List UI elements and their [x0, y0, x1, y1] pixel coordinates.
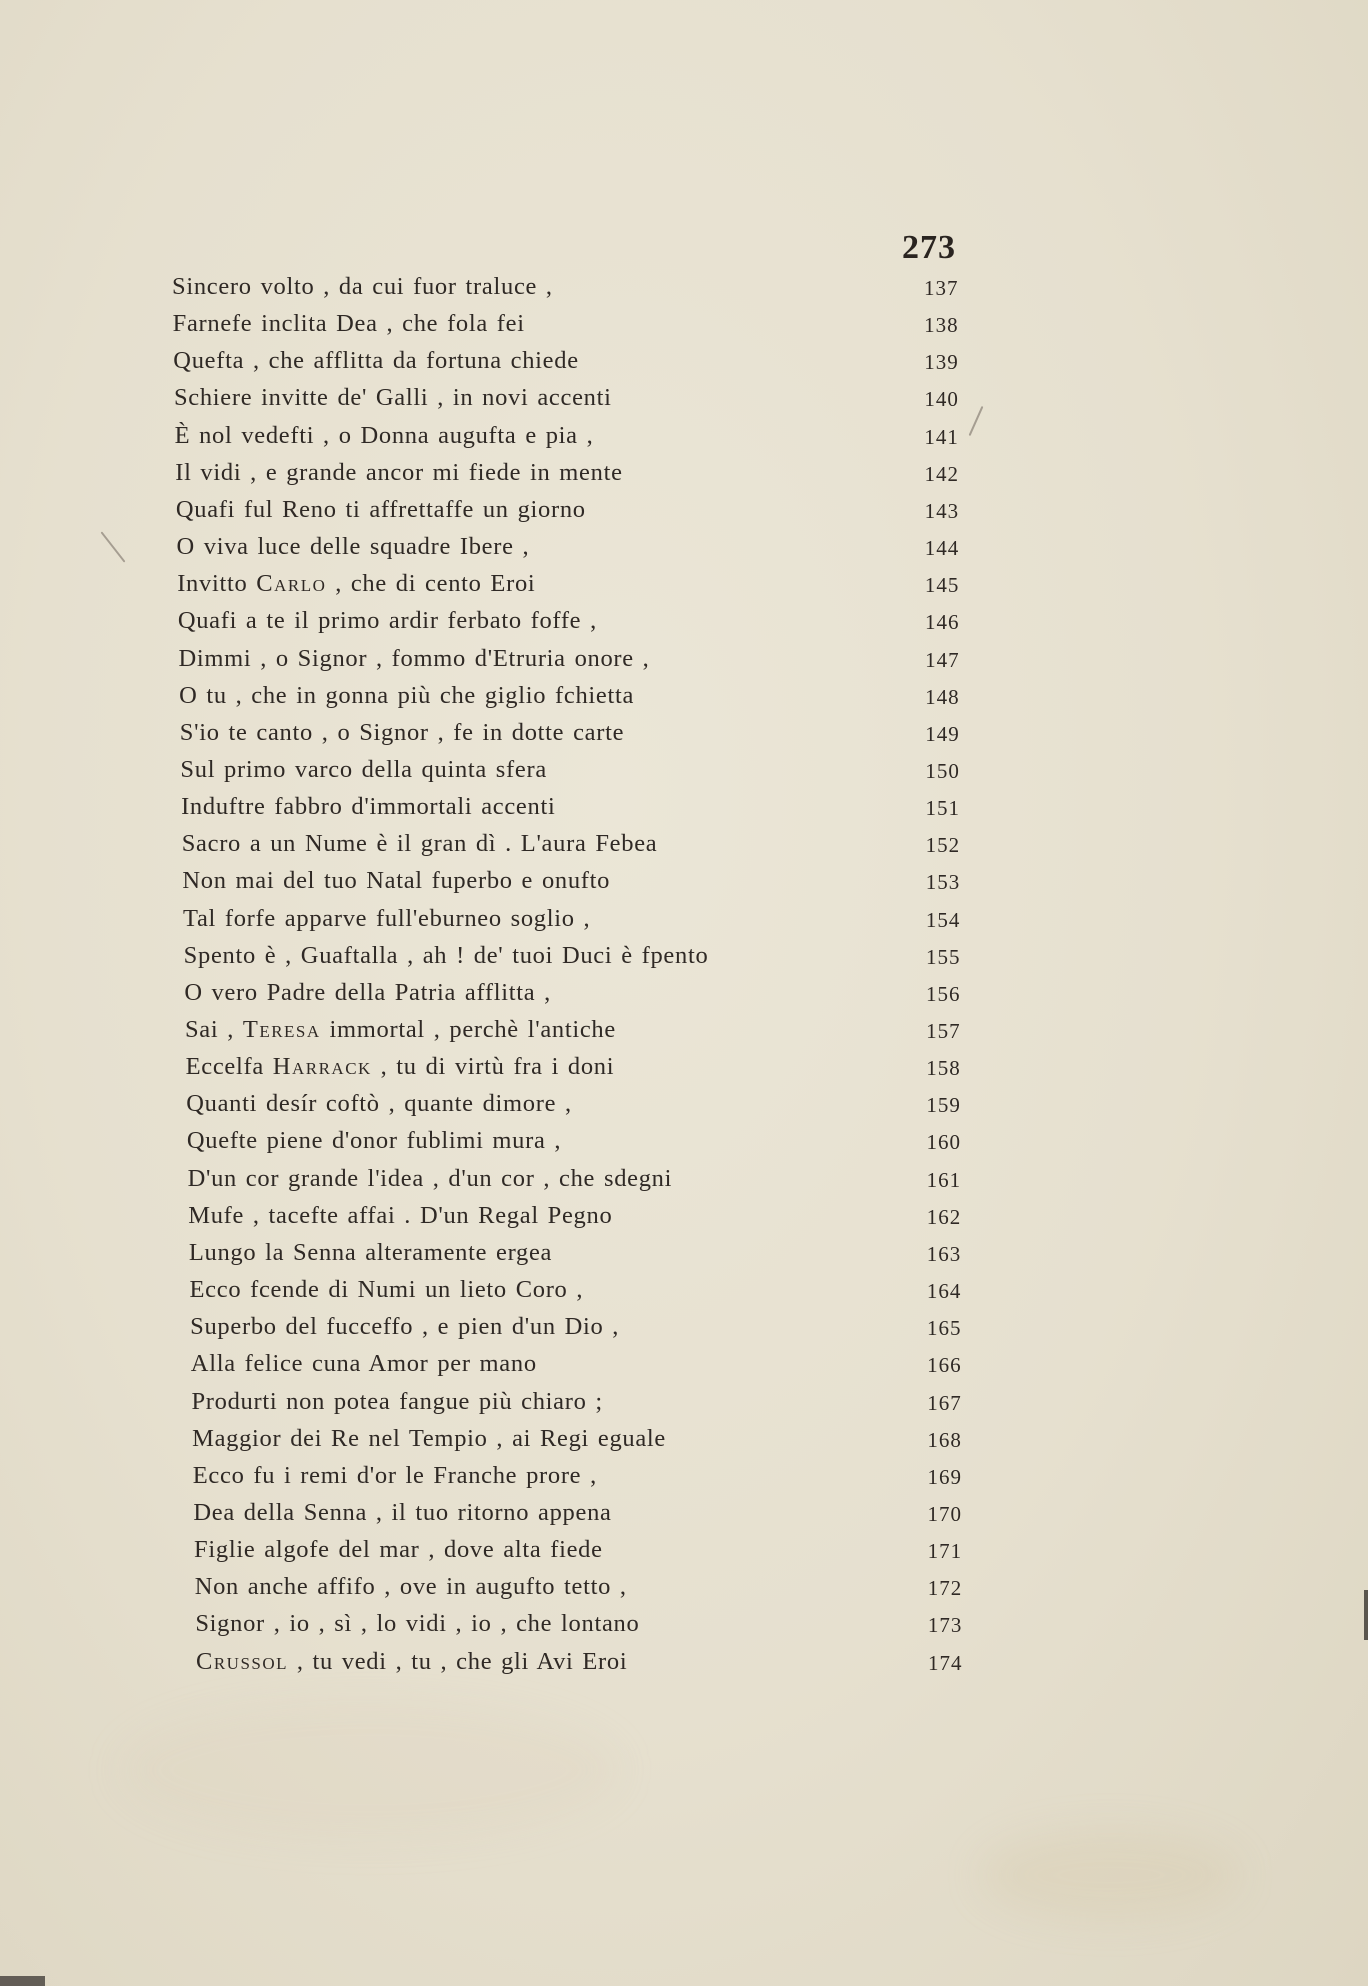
toc-entry-title-post: , tu vedi , tu , che gli Avi Eroi — [288, 1648, 627, 1675]
toc-entry-page-number: 166 — [927, 1347, 962, 1384]
toc-entry-title: O tu , che in gonna più che giglio fchie… — [179, 677, 634, 714]
toc-entry: Ecco fcende di Numi un lieto Coro ,164 — [190, 1271, 1010, 1308]
toc-entry-title-smallcaps: Harrack — [273, 1053, 372, 1080]
toc-entry-title: Induftre fabbro d'immortali accenti — [181, 788, 555, 825]
toc-entry: Mufe , tacefte affai . D'un Regal Pegno1… — [188, 1197, 1008, 1234]
toc-entry: Non mai del tuo Natal fuperbo e onufto15… — [182, 862, 1002, 899]
toc-entry-title: Quefta , che afflitta da fortuna chiede — [173, 342, 578, 379]
toc-entry-title: Eccelfa Harrack , tu di virtù fra i doni — [186, 1048, 615, 1085]
toc-entry-title-pre: Invitto — [177, 570, 256, 597]
toc-entry-title: Crussol , tu vedi , tu , che gli Avi Ero… — [196, 1643, 627, 1680]
toc-entry: Quafi ful Reno ti affrettaffe un giorno1… — [176, 491, 996, 528]
toc-entry-page-number: 145 — [925, 567, 960, 604]
toc-entry: Sacro a un Nume è il gran dì . L'aura Fe… — [182, 825, 1002, 862]
toc-entry: O viva luce delle squadre Ibere ,144 — [177, 528, 997, 565]
toc-entry: Non anche affifo , ove in augufto tetto … — [195, 1568, 1015, 1605]
toc-entry-title: Quafi a te il primo ardir ferbato foffe … — [178, 602, 597, 639]
toc-entry: Quanti desír coftò , quante dimore ,159 — [186, 1085, 1006, 1122]
toc-entry-page-number: 149 — [925, 716, 960, 753]
toc-entry-title: Schiere invitte de' Galli , in novi acce… — [174, 379, 612, 416]
toc-entry-page-number: 159 — [926, 1087, 961, 1124]
toc-entry: Crussol , tu vedi , tu , che gli Avi Ero… — [196, 1643, 1016, 1680]
toc-entry-title: Dimmi , o Signor , fommo d'Etruria onore… — [178, 640, 649, 677]
toc-entry-title: Sacro a un Nume è il gran dì . L'aura Fe… — [182, 825, 658, 862]
toc-entry-page-number: 153 — [926, 864, 961, 901]
toc-entry-title: Figlie algofe del mar , dove alta fiede — [194, 1531, 603, 1568]
toc-entry-page-number: 168 — [927, 1422, 962, 1459]
toc-entry-page-number: 142 — [925, 456, 960, 493]
toc-entry-page-number: 155 — [926, 939, 961, 976]
toc-entry: Maggior dei Re nel Tempio , ai Regi egua… — [192, 1420, 1012, 1457]
toc-entry-page-number: 157 — [926, 1013, 961, 1050]
toc-entry-title: Tal forfe apparve full'eburneo soglio , — [183, 900, 590, 937]
toc-entry-page-number: 163 — [927, 1236, 962, 1273]
toc-entry: S'io te canto , o Signor , fe in dotte c… — [180, 714, 1000, 751]
toc-entry-title: Dea della Senna , il tuo ritorno appena — [193, 1494, 611, 1531]
toc-entry-page-number: 156 — [926, 976, 961, 1013]
toc-entry-title: D'un cor grande l'idea , d'un cor , che … — [188, 1160, 673, 1197]
toc-entry-page-number: 167 — [927, 1385, 962, 1422]
toc-entry-title: Lungo la Senna alteramente ergea — [189, 1234, 552, 1271]
toc-entry-page-number: 161 — [927, 1162, 962, 1199]
toc-entry: Farnefe inclita Dea , che fola fei138 — [173, 305, 993, 342]
toc-entry-page-number: 146 — [925, 604, 960, 641]
toc-entry-title: È nol vedefti , o Donna augufta e pia , — [175, 417, 594, 454]
toc-entry: Dimmi , o Signor , fommo d'Etruria onore… — [178, 640, 998, 677]
paper-stain — [120, 1700, 620, 1840]
toc-entry-title: Non anche affifo , ove in augufto tetto … — [195, 1568, 627, 1605]
toc-entry: Tal forfe apparve full'eburneo soglio ,1… — [183, 900, 1003, 937]
toc-entry-title: Quafi ful Reno ti affrettaffe un giorno — [176, 491, 586, 528]
toc-entry-title-smallcaps: Teresa — [243, 1016, 321, 1043]
toc-entry-page-number: 162 — [927, 1199, 962, 1236]
toc-entry-title-smallcaps: Crussol — [196, 1648, 288, 1675]
toc-entry-page-number: 137 — [924, 270, 959, 307]
toc-entry-page-number: 160 — [926, 1124, 961, 1161]
toc-entry-title: Sul primo varco della quinta sfera — [180, 751, 547, 788]
toc-entry: Alla felice cuna Amor per mano166 — [191, 1345, 1011, 1382]
toc-entry: È nol vedefti , o Donna augufta e pia ,1… — [175, 417, 995, 454]
page-edge-shadow — [1364, 1590, 1368, 1640]
toc-entry: Ecco fu i remi d'or le Franche prore ,16… — [193, 1457, 1013, 1494]
toc-entry-title-pre: Eccelfa — [186, 1053, 273, 1080]
toc-entry-title: Farnefe inclita Dea , che fola fei — [173, 305, 525, 342]
toc-entry: Il vidi , e grande ancor mi fiede in men… — [175, 454, 995, 491]
toc-entry-page-number: 171 — [928, 1533, 963, 1570]
toc-entry-page-number: 158 — [926, 1050, 961, 1087]
toc-entry-page-number: 152 — [926, 827, 961, 864]
toc-entry-title: Non mai del tuo Natal fuperbo e onufto — [182, 862, 610, 899]
toc-entry-page-number: 138 — [924, 307, 959, 344]
toc-entry-title: Quanti desír coftò , quante dimore , — [186, 1085, 572, 1122]
toc-entry-title: Mufe , tacefte affai . D'un Regal Pegno — [188, 1197, 612, 1234]
toc-entry: O vero Padre della Patria afflitta ,156 — [184, 974, 1004, 1011]
toc-entry-title: Alla felice cuna Amor per mano — [191, 1345, 537, 1382]
toc-entry: Sai , Teresa immortal , perchè l'antiche… — [185, 1011, 1005, 1048]
toc-entry: Figlie algofe del mar , dove alta fiede1… — [194, 1531, 1014, 1568]
toc-entry-page-number: 164 — [927, 1273, 962, 1310]
toc-entry-title: Produrti non potea fangue più chiaro ; — [191, 1383, 602, 1420]
toc-entry-page-number: 173 — [928, 1607, 963, 1644]
toc-entry-page-number: 169 — [927, 1459, 962, 1496]
toc-entry-title: Quefte piene d'onor fublimi mura , — [187, 1122, 561, 1159]
toc-entry-page-number: 147 — [925, 642, 960, 679]
toc-entry: Dea della Senna , il tuo ritorno appena1… — [193, 1494, 1013, 1531]
toc-entry: Produrti non potea fangue più chiaro ;16… — [191, 1383, 1011, 1420]
toc-entry: Signor , io , sì , lo vidi , io , che lo… — [195, 1605, 1015, 1642]
toc-entry: Quefte piene d'onor fublimi mura ,160 — [187, 1122, 1007, 1159]
toc-entry-title-post: , tu di virtù fra i doni — [372, 1053, 614, 1080]
toc-entry-page-number: 170 — [928, 1496, 963, 1533]
toc-entry-title: Maggior dei Re nel Tempio , ai Regi egua… — [192, 1420, 666, 1457]
toc-entry-title: S'io te canto , o Signor , fe in dotte c… — [180, 714, 624, 751]
toc-entry: Eccelfa Harrack , tu di virtù fra i doni… — [186, 1048, 1006, 1085]
toc-entry-title: Signor , io , sì , lo vidi , io , che lo… — [195, 1605, 639, 1642]
toc-entry: Schiere invitte de' Galli , in novi acce… — [174, 379, 994, 416]
toc-entry-page-number: 144 — [925, 530, 960, 567]
toc-entry-title: Superbo del fucceffo , e pien d'un Dio , — [190, 1308, 619, 1345]
toc-entry: Sul primo varco della quinta sfera150 — [180, 751, 1000, 788]
toc-entry: Sincero volto , da cui fuor traluce ,137 — [172, 268, 992, 305]
toc-entry-title: Sincero volto , da cui fuor traluce , — [172, 268, 553, 305]
toc-entry: O tu , che in gonna più che giglio fchie… — [179, 677, 999, 714]
toc-entry-page-number: 154 — [926, 902, 961, 939]
toc-entry-page-number: 139 — [924, 344, 959, 381]
toc-entry: Superbo del fucceffo , e pien d'un Dio ,… — [190, 1308, 1010, 1345]
toc-entry-title-smallcaps: Carlo — [256, 570, 326, 597]
toc-entry: Invitto Carlo , che di cento Eroi145 — [177, 565, 997, 602]
toc-entry-title: Sai , Teresa immortal , perchè l'antiche — [185, 1011, 616, 1048]
page-edge-shadow — [0, 1976, 45, 1986]
toc-entry-page-number: 150 — [925, 753, 960, 790]
toc-entry-page-number: 148 — [925, 679, 960, 716]
toc-entry: Lungo la Senna alteramente ergea163 — [189, 1234, 1009, 1271]
toc-entry-title: Il vidi , e grande ancor mi fiede in men… — [175, 454, 622, 491]
toc-entry-page-number: 165 — [927, 1310, 962, 1347]
toc-entry-page-number: 172 — [928, 1570, 963, 1607]
paper-stain — [980, 1830, 1240, 1920]
toc-entry-title: Invitto Carlo , che di cento Eroi — [177, 565, 535, 602]
toc-entry: Quefta , che afflitta da fortuna chiede1… — [173, 342, 993, 379]
toc-entry-title: Spento è , Guaftalla , ah ! de' tuoi Duc… — [184, 937, 709, 974]
margin-scratch-mark — [101, 531, 126, 562]
toc-entry: Quafi a te il primo ardir ferbato foffe … — [178, 602, 998, 639]
toc-entry-title-post: , che di cento Eroi — [326, 570, 535, 597]
toc-entry: Spento è , Guaftalla , ah ! de' tuoi Duc… — [184, 937, 1004, 974]
toc-entry-title: Ecco fu i remi d'or le Franche prore , — [193, 1457, 597, 1494]
toc-entry-title-post: immortal , perchè l'antiche — [321, 1016, 616, 1043]
toc-entry: Induftre fabbro d'immortali accenti151 — [181, 788, 1001, 825]
toc-entry-page-number: 151 — [926, 790, 961, 827]
page-number: 273 — [902, 228, 956, 268]
toc-entry-page-number: 143 — [925, 493, 960, 530]
toc-entry-title: O viva luce delle squadre Ibere , — [177, 528, 530, 565]
toc-entry-title-pre: Sai , — [185, 1016, 243, 1043]
toc-entry-title: Ecco fcende di Numi un lieto Coro , — [190, 1271, 584, 1308]
toc-entry-page-number: 141 — [924, 419, 959, 456]
toc-entry-title: O vero Padre della Patria afflitta , — [184, 974, 551, 1011]
toc-entry-page-number: 174 — [928, 1645, 963, 1682]
toc-entry: D'un cor grande l'idea , d'un cor , che … — [188, 1160, 1008, 1197]
toc-entry-page-number: 140 — [924, 381, 959, 418]
